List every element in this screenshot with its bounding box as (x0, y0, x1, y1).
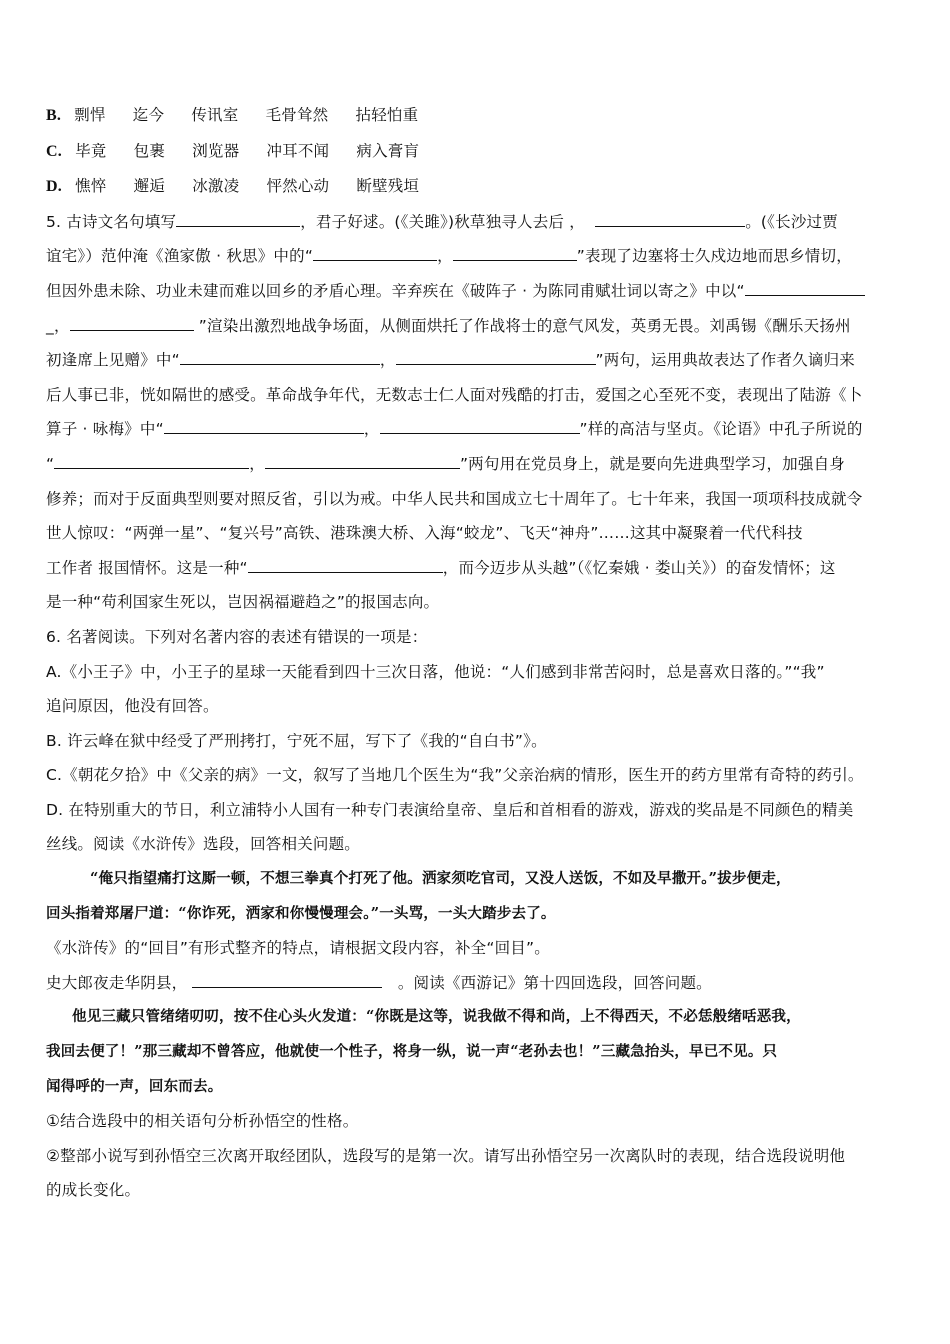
option-word: 浏览器 (192, 134, 239, 169)
shuihu-fill: 史大郎夜走华阴县， 。阅读《西游记》第十四回选段，回答问题。 (46, 966, 908, 1001)
text: 修养；而对于反面典型则要对照反省，引以为戒。中华人民共和国成立七十周年了。七十年… (46, 490, 862, 508)
option-word: 怦然心动 (266, 169, 329, 204)
q5-line: 修养；而对于反面典型则要对照反省，引以为戒。中华人民共和国成立七十周年了。七十年… (46, 482, 908, 517)
option-label: B. (46, 107, 61, 124)
text: 世人惊叹：“两弹一星”、“复兴号”高铁、港珠澳大桥、入海“蛟龙”、飞天“神舟”…… (46, 524, 803, 542)
q5-line: “，”两句用在党员身上，就是要向先进典型学习，加强自身 (46, 447, 908, 482)
q6-option-b: B. 许云峰在狱中经受了严刑拷打，宁死不屈，写下了《我的“自白书”》。 (46, 724, 908, 759)
text: ”两句用在党员身上，就是要向先进典型学习，加强自身 (460, 455, 845, 473)
q5-line: 是一种“苟利国家生死以，岂因祸福避趋之”的报国志向。 (46, 585, 908, 620)
xiyou-passage-cont: 我回去便了！”那三藏却不曾答应，他就使一个性子，将身一纵，说一声“老孙去也！”三… (46, 1035, 908, 1070)
answer-blank[interactable] (192, 986, 382, 988)
answer-blank[interactable] (745, 294, 865, 296)
option-label: D. (46, 178, 62, 195)
text: ”渲染出激烈地战争场面，从侧面烘托了作战将士的意气风发，英勇无畏。刘禹锡《酬乐天… (199, 317, 851, 335)
text: “ (46, 455, 54, 473)
answer-blank[interactable] (313, 259, 437, 261)
text: ，而今迈步从头越”（《忆秦娥 · 娄山关》）的奋发情怀；这 (443, 559, 836, 577)
option-word: 包裹 (134, 134, 165, 169)
xiyou-question-2-cont: 的成长变化。 (46, 1173, 908, 1208)
text: _， (46, 317, 70, 335)
q4-option-d: D. 憔悴 邂逅 冰激凌 怦然心动 断壁残垣 (46, 169, 908, 205)
q5-line: 谊宅》）范仲淹《渔家傲 · 秋思》中的“，”表现了边塞将士久戍边地而思乡情切， (46, 239, 908, 274)
q6-stem: 6. 名著阅读。下列对名著内容的表述有错误的一项是： (46, 620, 908, 655)
text: 谊宅》）范仲淹《渔家傲 · 秋思》中的“ (46, 247, 313, 265)
option-word: 拈轻怕重 (356, 98, 419, 133)
text: ”样的高洁与坚贞。《论语》中孔子所说的 (580, 420, 863, 438)
text: ，君子好逑。(《关雎》)秋草独寻人去后 ， (300, 213, 585, 231)
q5-line: 5. 古诗文名句填写，君子好逑。(《关雎》)秋草独寻人去后 ， 。(《长沙过贾 (46, 205, 908, 240)
option-word: 传讯室 (191, 98, 238, 133)
q5-line: 算子 · 咏梅》中“，”样的高洁与坚贞。《论语》中孔子所说的 (46, 412, 908, 447)
answer-blank[interactable] (265, 467, 460, 469)
answer-blank[interactable] (248, 571, 443, 573)
q4-option-b: B. 剽悍 迄今 传讯室 毛骨耸然 拈轻怕重 (46, 98, 908, 134)
option-word: 病入膏肓 (356, 134, 419, 169)
xiyou-passage: 他见三藏只管绪绪叨叨，按不住心头火发道：“你既是这等，说我做不得和尚，上不得西天… (46, 1000, 908, 1035)
text: ， (380, 351, 396, 369)
q6-option-a: A.《小王子》中，小王子的星球一天能看到四十三次日落，他说：“人们感到非常苦闷时… (46, 655, 908, 690)
text: ， (364, 420, 380, 438)
answer-blank[interactable] (54, 467, 249, 469)
q5-line: 世人惊叹：“两弹一星”、“复兴号”高铁、港珠澳大桥、入海“蛟龙”、飞天“神舟”…… (46, 516, 908, 551)
q5-line: 初逢席上见赠》中“，”两句，运用典故表达了作者久谪归来 (46, 343, 908, 378)
text: ”两句，运用典故表达了作者久谪归来 (596, 351, 855, 369)
text: 算子 · 咏梅》中“ (46, 420, 164, 438)
xiyou-question-2: ②整部小说写到孙悟空三次离开取经团队，选段写的是第一次。请写出孙悟空另一次离队时… (46, 1139, 908, 1174)
answer-blank[interactable] (396, 363, 596, 365)
q4-option-c: C. 毕竟 包裹 浏览器 冲耳不闻 病入膏肓 (46, 134, 908, 170)
q5-line: _， ”渲染出激烈地战争场面，从侧面烘托了作战将士的意气风发，英勇无畏。刘禹锡《… (46, 309, 908, 344)
option-word: 断壁残垣 (356, 169, 419, 204)
answer-blank[interactable] (70, 329, 194, 331)
text: ， (249, 455, 265, 473)
xiyou-passage-cont: 闻得呼的一声，回东而去。 (46, 1070, 908, 1105)
text: 初逢席上见赠》中“ (46, 351, 180, 369)
option-word: 迄今 (133, 98, 164, 133)
option-word: 憔悴 (75, 169, 106, 204)
q6-option-d-cont: 丝线。阅读《水浒传》选段，回答相关问题。 (46, 827, 908, 862)
q6-option-c: C.《朝花夕拾》中《父亲的病》一文，叙写了当地几个医生为“我”父亲治病的情形，医… (46, 758, 908, 793)
text: 。阅读《西游记》第十四回选段，回答问题。 (398, 974, 712, 992)
text: 。(《长沙过贾 (745, 213, 838, 231)
text: ， (437, 247, 453, 265)
text: ”表现了边塞将士久戍边地而思乡情切， (577, 247, 852, 265)
xiyou-question-1: ①结合选段中的相关语句分析孙悟空的性格。 (46, 1104, 908, 1139)
text: 5. 古诗文名句填写 (46, 213, 176, 231)
answer-blank[interactable] (380, 432, 580, 434)
q5-line: 后人事已非，恍如隔世的感受。革命战争年代，无数志士仁人面对残酷的打击，爱国之心至… (46, 378, 908, 413)
q5-line: 工作者 报国情怀。这是一种“，而今迈步从头越”（《忆秦娥 · 娄山关》）的奋发情… (46, 551, 908, 586)
option-word: 毕竟 (75, 134, 106, 169)
text: 工作者 报国情怀。这是一种“ (46, 559, 248, 577)
shuihu-passage-cont: 回头指着郑屠尸道：“你诈死，洒家和你慢慢理会。”一头骂，一头大踏步去了。 (46, 897, 908, 932)
option-word: 剽悍 (74, 98, 105, 133)
option-word: 冰激凌 (192, 169, 239, 204)
option-word: 邂逅 (134, 169, 165, 204)
answer-blank[interactable] (176, 225, 300, 227)
q6-option-d: D. 在特别重大的节日，利立浦特小人国有一种专门表演给皇帝、皇后和首相看的游戏，… (46, 793, 908, 828)
text: 史大郎夜走华阴县， (46, 974, 187, 992)
option-word: 毛骨耸然 (266, 98, 329, 133)
shuihu-passage: “俺只指望痛打这厮一顿，不想三拳真个打死了他。洒家须吃官司，又没人送饭，不如及早… (46, 862, 908, 897)
q6-option-a-cont: 追问原因，他没有回答。 (46, 689, 908, 724)
answer-blank[interactable] (595, 225, 745, 227)
answer-blank[interactable] (453, 259, 577, 261)
shuihu-question: 《水浒传》的“回目”有形式整齐的特点，请根据文段内容，补全“回目”。 (46, 931, 908, 966)
answer-blank[interactable] (164, 432, 364, 434)
text: 是一种“苟利国家生死以，岂因祸福避趋之”的报国志向。 (46, 593, 439, 611)
exam-page: B. 剽悍 迄今 传讯室 毛骨耸然 拈轻怕重 C. 毕竟 包裹 浏览器 冲耳不闻… (46, 98, 908, 1208)
q5-line: 但因外患未除、功业未建而难以回乡的矛盾心理。辛弃疾在《破阵子 · 为陈同甫赋壮词… (46, 274, 908, 309)
text: 后人事已非，恍如隔世的感受。革命战争年代，无数志士仁人面对残酷的打击，爱国之心至… (46, 386, 862, 404)
option-label: C. (46, 143, 62, 160)
text: 但因外患未除、功业未建而难以回乡的矛盾心理。辛弃疾在《破阵子 · 为陈同甫赋壮词… (46, 282, 745, 300)
answer-blank[interactable] (180, 363, 380, 365)
option-word: 冲耳不闻 (266, 134, 329, 169)
